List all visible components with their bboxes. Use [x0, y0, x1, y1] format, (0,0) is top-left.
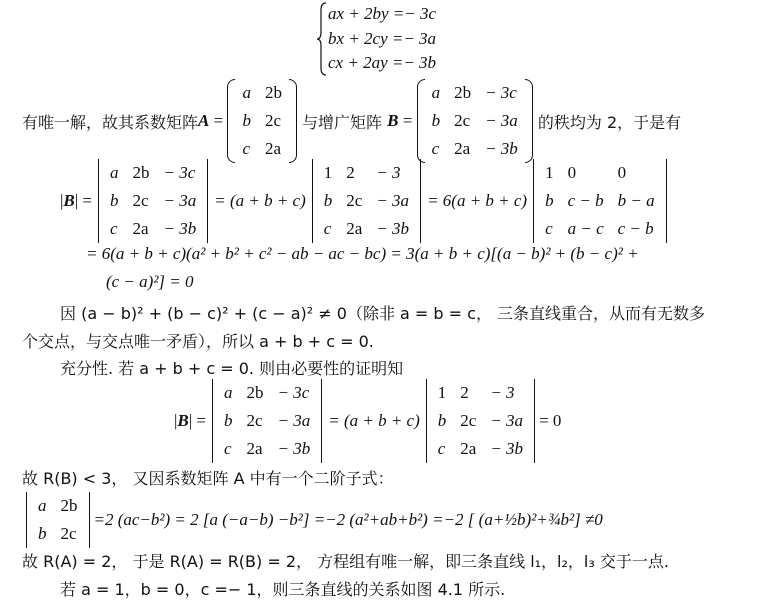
matrix-cell: c	[431, 435, 454, 463]
minor-chain: =2 (ac−b²) = 2 [a (−a−b) −b²] =−2 (a²+ab…	[94, 510, 603, 530]
matrix-cell: b	[217, 407, 240, 435]
matrix-cell: 2b	[126, 159, 157, 187]
left-brace-icon	[316, 2, 328, 76]
matrix-row: b2c	[235, 107, 289, 135]
matrix-row: a2b− 3c	[217, 379, 317, 407]
matrix-cell: 2a	[339, 215, 369, 243]
matrix-cell: c	[103, 215, 126, 243]
matrix-row: c2a− 3b	[217, 435, 317, 463]
matrix-A: a2bb2cc2a	[227, 79, 297, 163]
matrix-cell: a − c	[561, 215, 611, 243]
matrix-cell: c	[317, 215, 340, 243]
matrix-row: b2c	[31, 520, 85, 548]
matrix-cell: c	[425, 135, 448, 163]
matrix-cell: b	[431, 407, 454, 435]
determinant-B: a2b− 3cb2c− 3ac2a− 3b	[98, 159, 208, 243]
matrix-cell: 2b	[54, 492, 85, 520]
matrix-cell: a	[103, 159, 126, 187]
matrix-cell: c − b	[561, 187, 611, 215]
sufficiency-statement: 充分性. 若 a + b + c = 0. 则由必要性的证明知	[60, 356, 403, 379]
matrix-cell: a	[31, 492, 54, 520]
equation-3: cx + 2ay =− 3b	[328, 51, 436, 76]
equals-sign: =	[209, 111, 227, 131]
matrix-cell: 2c	[453, 407, 483, 435]
matrix-cell: b − a	[611, 187, 662, 215]
matrix-cell: − 3b	[271, 435, 318, 463]
matrix-cell: − 3b	[369, 215, 416, 243]
equals-zero: = 0	[539, 411, 561, 431]
matrix-row: c2a− 3b	[317, 215, 416, 243]
equation-system: ax + 2by =− 3c bx + 2cy =− 3a cx + 2ay =…	[316, 2, 436, 76]
matrix-cell: 0	[561, 159, 611, 187]
matrix-B-label: B	[387, 111, 398, 131]
matrix-row: b2c− 3a	[425, 107, 525, 135]
matrix-row: 100	[538, 159, 662, 187]
matrix-row: c2a− 3b	[425, 135, 525, 163]
matrix-cell: 2a	[240, 435, 271, 463]
matrix-cell: b	[103, 187, 126, 215]
matrix-cell: − 3c	[478, 79, 525, 107]
matrix-line-prefix: 有唯一解，故其系数矩阵	[22, 110, 198, 133]
minor-determinant: a2bb2c	[26, 492, 90, 548]
matrix-cell: 2b	[258, 79, 289, 107]
expansion-line-2: (c − a)²] = 0	[106, 272, 194, 292]
matrix-cell: 0	[611, 159, 662, 187]
matrix-cell: − 3	[369, 159, 416, 187]
determinant-expansion-2: |B| = a2b− 3cb2c− 3ac2a− 3b = (a + b + c…	[174, 382, 561, 460]
matrix-row: a2b	[235, 79, 289, 107]
matrix-cell: 2b	[447, 79, 478, 107]
matrix-cell: 1	[431, 379, 454, 407]
determinant-reduced: 12− 3b2c− 3ac2a− 3b	[426, 379, 535, 463]
matrix-line-suffix: 的秩均为 2，于是有	[533, 110, 681, 133]
matrix-cell: b	[31, 520, 54, 548]
conclusion-line-2: 若 a = 1，b = 0，c =− 1，则三条直线的关系如图 4.1 所示.	[60, 577, 505, 600]
matrix-row: bc − bb − a	[538, 187, 662, 215]
matrix-row: c2a	[235, 135, 289, 163]
paragraph-reason-line-1: 因 (a − b)² + (b − c)² + (c − a)² ≠ 0（除非 …	[60, 301, 705, 324]
matrix-cell: c − b	[611, 215, 662, 243]
matrix-cell: 2a	[126, 215, 157, 243]
matrix-cell: − 3c	[157, 159, 204, 187]
matrix-row: 12− 3	[431, 379, 530, 407]
matrix-cell: − 3a	[369, 187, 416, 215]
matrix-cell: 2c	[54, 520, 85, 548]
matrix-row: 12− 3	[317, 159, 416, 187]
matrix-cell: a	[217, 379, 240, 407]
matrix-cell: − 3a	[483, 407, 530, 435]
matrix-cell: 2b	[240, 379, 271, 407]
determinant-reduced-2: 100bc − bb − aca − cc − b	[533, 159, 667, 243]
matrix-cell: 2c	[258, 107, 289, 135]
matrix-cell: − 3a	[478, 107, 525, 135]
matrix-cell: 2c	[339, 187, 369, 215]
matrix-line-middle: 与增广矩阵	[297, 110, 387, 133]
matrix-cell: − 3	[483, 379, 530, 407]
matrix-cell: 2	[339, 159, 369, 187]
det-lhs: |B| =	[60, 191, 92, 211]
matrix-cell: − 3c	[271, 379, 318, 407]
expansion-line-1: = 6(a + b + c)(a² + b² + c² − ab − ac − …	[86, 244, 639, 264]
determinant-B: a2b− 3cb2c− 3ac2a− 3b	[212, 379, 322, 463]
equation-1: ax + 2by =− 3c	[328, 2, 436, 27]
matrix-cell: − 3a	[271, 407, 318, 435]
matrix-row: c2a− 3b	[431, 435, 530, 463]
matrix-cell: c	[217, 435, 240, 463]
matrix-line: 有唯一解，故其系数矩阵 A = a2bb2cc2a 与增广矩阵 B = a2b−…	[22, 84, 681, 158]
matrix-cell: b	[317, 187, 340, 215]
matrix-row: b2c− 3a	[431, 407, 530, 435]
matrix-cell: 2a	[447, 135, 478, 163]
matrix-row: ca − cc − b	[538, 215, 662, 243]
det-lhs: |B| =	[174, 411, 206, 431]
determinant-reduced-1: 12− 3b2c− 3ac2a− 3b	[312, 159, 421, 243]
matrix-cell: 2c	[240, 407, 271, 435]
matrix-cell: b	[538, 187, 561, 215]
matrix-cell: b	[235, 107, 258, 135]
matrix-row: b2c− 3a	[217, 407, 317, 435]
matrix-row: b2c− 3a	[103, 187, 203, 215]
factor-a-b-c: = (a + b + c)	[328, 411, 420, 431]
conclusion-line-1: 故 R(A) = 2， 于是 R(A) = R(B) = 2， 方程组有唯一解，…	[22, 549, 669, 572]
matrix-cell: a	[425, 79, 448, 107]
factor-a-b-c: = (a + b + c)	[214, 191, 306, 211]
matrix-cell: 2a	[453, 435, 483, 463]
matrix-cell: 2	[453, 379, 483, 407]
matrix-cell: − 3a	[157, 187, 204, 215]
matrix-cell: c	[235, 135, 258, 163]
matrix-cell: − 3b	[483, 435, 530, 463]
equation-2: bx + 2cy =− 3a	[328, 27, 436, 52]
matrix-cell: − 3b	[478, 135, 525, 163]
rank-statement: 故 R(B) < 3， 又因系数矩阵 A 中有一个二阶子式：	[22, 466, 394, 489]
matrix-cell: a	[235, 79, 258, 107]
equals-sign: =	[398, 111, 416, 131]
matrix-cell: 2c	[126, 187, 157, 215]
matrix-row: a2b	[31, 492, 85, 520]
matrix-A-label: A	[198, 111, 209, 131]
matrix-row: a2b− 3c	[425, 79, 525, 107]
factor-6-a-b-c: = 6(a + b + c)	[427, 191, 527, 211]
paragraph-reason-line-2: 个交点，与交点唯一矛盾），所以 a + b + c = 0.	[22, 329, 374, 352]
matrix-cell: b	[425, 107, 448, 135]
second-order-minor: a2bb2c =2 (ac−b²) = 2 [a (−a−b) −b²] =−2…	[26, 494, 603, 546]
matrix-cell: 2a	[258, 135, 289, 163]
matrix-cell: 1	[538, 159, 561, 187]
matrix-B: a2b− 3cb2c− 3ac2a− 3b	[417, 79, 533, 163]
matrix-row: c2a− 3b	[103, 215, 203, 243]
matrix-cell: 2c	[447, 107, 478, 135]
matrix-cell: c	[538, 215, 561, 243]
matrix-row: b2c− 3a	[317, 187, 416, 215]
matrix-row: a2b− 3c	[103, 159, 203, 187]
matrix-cell: 1	[317, 159, 340, 187]
matrix-cell: − 3b	[157, 215, 204, 243]
determinant-expansion-1: |B| = a2b− 3cb2c− 3ac2a− 3b = (a + b + c…	[60, 162, 667, 240]
